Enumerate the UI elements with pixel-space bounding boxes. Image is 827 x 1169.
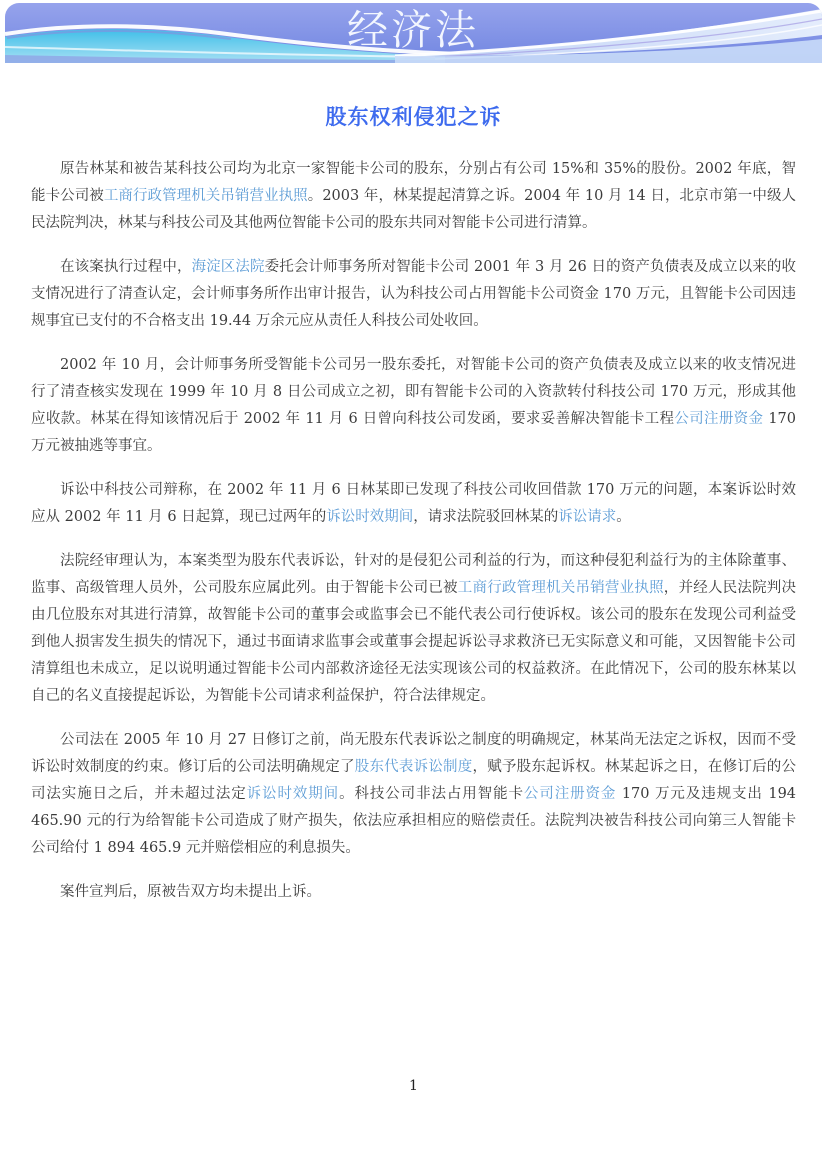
text-run: ，请求法院驳回林某的 bbox=[413, 509, 558, 525]
document-page: 经济法 股东权利侵犯之诉 原告林某和被告某科技公司均为北京一家智能卡公司的股东，… bbox=[0, 0, 827, 1169]
paragraph: 在该案执行过程中，海淀区法院委托会计师事务所对智能卡公司 2001 年 3 月 … bbox=[31, 254, 796, 335]
paragraph: 2002 年 10 月，会计师事务所受智能卡公司另一股东委托，对智能卡公司的资产… bbox=[31, 352, 796, 460]
paragraphs: 原告林某和被告某科技公司均为北京一家智能卡公司的股东，分别占有公司 15%和 3… bbox=[31, 156, 796, 923]
legal-term-link[interactable]: 诉讼时效期间 bbox=[247, 786, 339, 802]
paragraph: 诉讼中科技公司辩称，在 2002 年 11 月 6 日林某即已发现了科技公司收回… bbox=[31, 477, 796, 531]
text-run: 。 bbox=[616, 509, 631, 525]
paragraph: 案件宣判后，原被告双方均未提出上诉。 bbox=[31, 879, 796, 906]
paragraph: 法院经审理认为，本案类型为股东代表诉讼，针对的是侵犯公司利益的行为，而这种侵犯利… bbox=[31, 548, 796, 710]
legal-term-link[interactable]: 海淀区法院 bbox=[192, 259, 265, 275]
page-number: 1 bbox=[0, 1078, 827, 1094]
text-run: 案件宣判后，原被告双方均未提出上诉。 bbox=[60, 884, 321, 900]
text-run: ，并经人民法院判决由几位股东对其进行清算，故智能卡公司的董事会或监事会已不能代表… bbox=[31, 580, 796, 704]
banner-wave-graphic: 经济法 bbox=[5, 3, 822, 63]
paragraph: 公司法在 2005 年 10 月 27 日修订之前，尚无股东代表诉讼之制度的明确… bbox=[31, 727, 796, 862]
text-run: 在该案执行过程中， bbox=[60, 259, 192, 275]
legal-term-link[interactable]: 诉讼时效期间 bbox=[326, 509, 413, 525]
legal-term-link[interactable]: 诉讼请求 bbox=[558, 509, 616, 525]
text-run: 。科技公司非法占用智能卡 bbox=[339, 786, 524, 802]
paragraph: 原告林某和被告某科技公司均为北京一家智能卡公司的股东，分别占有公司 15%和 3… bbox=[31, 156, 796, 237]
header-banner: 经济法 bbox=[5, 3, 822, 63]
page-title: 股东权利侵犯之诉 bbox=[0, 101, 827, 131]
banner-title: 经济法 bbox=[347, 6, 479, 54]
legal-term-link[interactable]: 公司注册资金 bbox=[674, 411, 763, 427]
legal-term-link[interactable]: 股东代表诉讼制度 bbox=[355, 759, 473, 775]
legal-term-link[interactable]: 工商行政管理机关吊销营业执照 bbox=[104, 188, 308, 204]
legal-term-link[interactable]: 工商行政管理机关吊销营业执照 bbox=[458, 580, 664, 596]
legal-term-link[interactable]: 公司注册资金 bbox=[524, 786, 616, 802]
